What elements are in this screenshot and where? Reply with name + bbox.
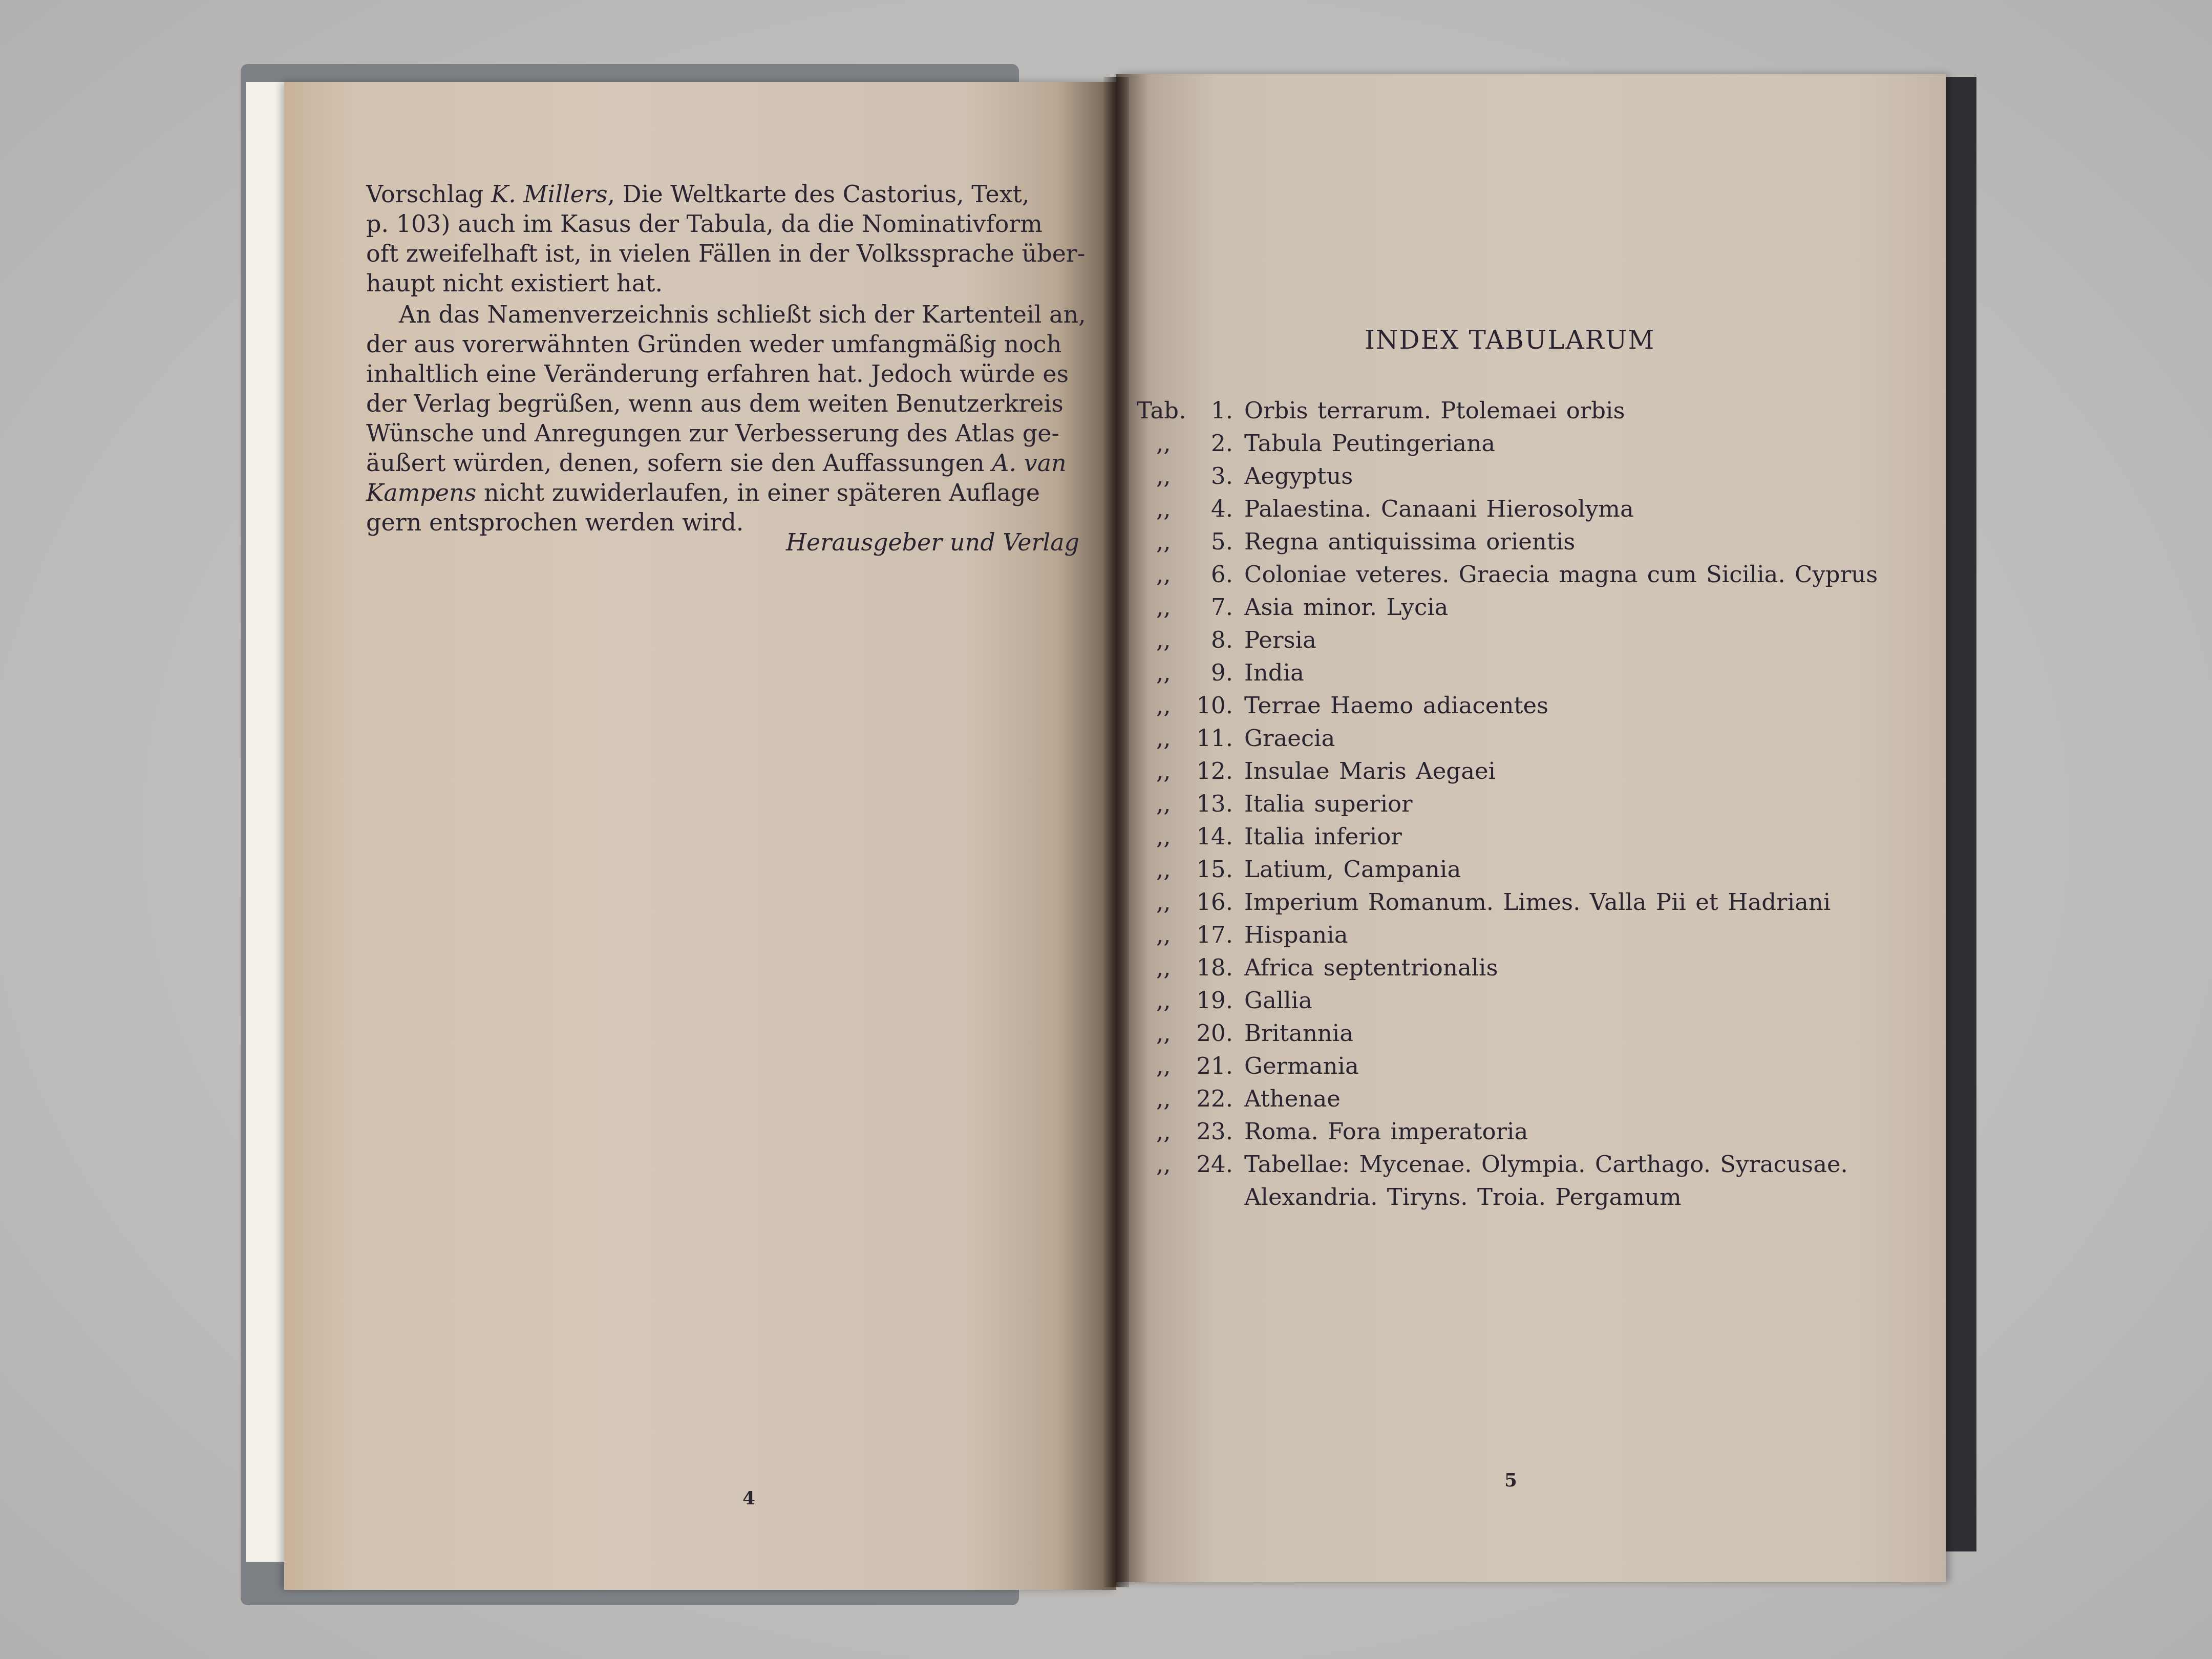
index-list: Tab.1.Orbis terrarum. Ptolemaei orbis,,2… <box>1137 394 1936 1214</box>
entry-number: 7. <box>1188 591 1244 624</box>
right-page: INDEX TABULARUM Tab.1.Orbis terrarum. Pt… <box>1116 74 1946 1582</box>
index-entry: ,,17.Hispania <box>1137 919 1936 951</box>
entry-prefix: ,, <box>1137 788 1188 820</box>
entry-title: Latium, Campania <box>1244 853 1936 886</box>
entry-prefix: ,, <box>1137 1050 1188 1082</box>
index-entry: ,,14.Italia inferior <box>1137 820 1936 853</box>
entry-prefix: ,, <box>1137 886 1188 919</box>
text-line: Vorschlag K. Millers, Die Weltkarte des … <box>366 179 1114 209</box>
index-entry: ,,23.Roma. Fora imperatoria <box>1137 1115 1936 1148</box>
entry-title: Coloniae veteres. Graecia magna cum Sici… <box>1244 558 1936 591</box>
index-entry: ,,12.Insulae Maris Aegaei <box>1137 755 1936 788</box>
entry-prefix: ,, <box>1137 656 1188 689</box>
text-line: Wünsche und Anregungen zur Verbesserung … <box>366 418 1114 448</box>
index-entry: ,,24.Tabellae: Mycenae. Olympia. Carthag… <box>1137 1148 1936 1214</box>
entry-title: India <box>1244 656 1936 689</box>
index-entry: ,,8.Persia <box>1137 624 1936 656</box>
entry-prefix: ,, <box>1137 1017 1188 1050</box>
index-entry: ,,4.Palaestina. Canaani Hierosolyma <box>1137 493 1936 525</box>
entry-number: 19. <box>1188 984 1244 1017</box>
index-entry: Tab.1.Orbis terrarum. Ptolemaei orbis <box>1137 394 1936 427</box>
left-page: Vorschlag K. Millers, Die Weltkarte des … <box>284 82 1116 1590</box>
book-gutter <box>1103 77 1129 1587</box>
entry-number: 5. <box>1188 525 1244 558</box>
index-entry: ,,22.Athenae <box>1137 1082 1936 1115</box>
entry-prefix: ,, <box>1137 755 1188 788</box>
index-entry: ,,2.Tabula Peutingeriana <box>1137 427 1936 460</box>
entry-prefix: ,, <box>1137 919 1188 951</box>
entry-prefix: ,, <box>1137 1115 1188 1148</box>
text-line: der aus vorerwähnten Gründen weder umfan… <box>366 329 1114 359</box>
entry-number: 16. <box>1188 886 1244 919</box>
entry-title: Graecia <box>1244 722 1936 755</box>
text-line: Kampens nicht zuwiderlaufen, in einer sp… <box>366 478 1114 507</box>
entry-prefix: ,, <box>1137 525 1188 558</box>
entry-number: 23. <box>1188 1115 1244 1148</box>
index-entry: ,,18.Africa septentrionalis <box>1137 951 1936 984</box>
index-entry: ,,15.Latium, Campania <box>1137 853 1936 886</box>
entry-prefix: ,, <box>1137 722 1188 755</box>
entry-title: Asia minor. Lycia <box>1244 591 1936 624</box>
entry-number: 3. <box>1188 460 1244 493</box>
index-entry: ,,9.India <box>1137 656 1936 689</box>
entry-prefix: ,, <box>1137 460 1188 493</box>
entry-title: Germania <box>1244 1050 1936 1082</box>
text-line: An das Namenverzeichnis schließt sich de… <box>366 300 1114 329</box>
entry-title: Persia <box>1244 624 1936 656</box>
index-entry: ,,10.Terrae Haemo adiacentes <box>1137 689 1936 722</box>
index-entry: ,,20.Britannia <box>1137 1017 1936 1050</box>
entry-prefix: Tab. <box>1137 394 1188 427</box>
index-title: INDEX TABULARUM <box>1365 325 1655 355</box>
entry-prefix: ,, <box>1137 493 1188 525</box>
paragraph-2: An das Namenverzeichnis schließt sich de… <box>366 300 1114 537</box>
entry-prefix: ,, <box>1137 984 1188 1017</box>
entry-number: 24. <box>1188 1148 1244 1181</box>
entry-title: Italia superior <box>1244 788 1936 820</box>
entry-number: 2. <box>1188 427 1244 460</box>
entry-number: 13. <box>1188 788 1244 820</box>
entry-title: Regna antiquissima orientis <box>1244 525 1936 558</box>
entry-number: 21. <box>1188 1050 1244 1082</box>
index-entry: ,,21.Germania <box>1137 1050 1936 1082</box>
entry-number: 4. <box>1188 493 1244 525</box>
entry-number: 1. <box>1188 394 1244 427</box>
entry-title: Africa septentrionalis <box>1244 951 1936 984</box>
entry-number: 11. <box>1188 722 1244 755</box>
entry-title: Britannia <box>1244 1017 1936 1050</box>
text-line: der Verlag begrüßen, wenn aus dem weiten… <box>366 389 1114 418</box>
entry-prefix: ,, <box>1137 427 1188 460</box>
entry-title: Tabula Peutingeriana <box>1244 427 1936 460</box>
entry-prefix: ,, <box>1137 558 1188 591</box>
entry-title: Tabellae: Mycenae. Olympia. Carthago. Sy… <box>1244 1148 1936 1214</box>
entry-title: Imperium Romanum. Limes. Valla Pii et Ha… <box>1244 886 1936 919</box>
entry-number: 12. <box>1188 755 1244 788</box>
index-entry: ,,13.Italia superior <box>1137 788 1936 820</box>
entry-number: 14. <box>1188 820 1244 853</box>
entry-number: 18. <box>1188 951 1244 984</box>
entry-prefix: ,, <box>1137 689 1188 722</box>
entry-title: Italia inferior <box>1244 820 1936 853</box>
index-entry: ,,19.Gallia <box>1137 984 1936 1017</box>
entry-title: Terrae Haemo adiacentes <box>1244 689 1936 722</box>
index-entry: ,,11.Graecia <box>1137 722 1936 755</box>
page-number: 4 <box>742 1487 755 1509</box>
entry-prefix: ,, <box>1137 820 1188 853</box>
entry-number: 6. <box>1188 558 1244 591</box>
entry-title: Athenae <box>1244 1082 1936 1115</box>
index-entry: ,,16.Imperium Romanum. Limes. Valla Pii … <box>1137 886 1936 919</box>
entry-title: Roma. Fora imperatoria <box>1244 1115 1936 1148</box>
entry-number: 22. <box>1188 1082 1244 1115</box>
entry-prefix: ,, <box>1137 951 1188 984</box>
text-line: äußert würden, denen, sofern sie den Auf… <box>366 448 1114 478</box>
entry-title: Gallia <box>1244 984 1936 1017</box>
entry-title: Orbis terrarum. Ptolemaei orbis <box>1244 394 1936 427</box>
entry-number: 20. <box>1188 1017 1244 1050</box>
entry-title: Hispania <box>1244 919 1936 951</box>
entry-prefix: ,, <box>1137 1082 1188 1115</box>
entry-number: 10. <box>1188 689 1244 722</box>
page-number: 5 <box>1504 1470 1517 1491</box>
signature: Herausgeber und Verlag <box>786 528 1079 556</box>
text-line: haupt nicht existiert hat. <box>366 268 1114 298</box>
entry-prefix: ,, <box>1137 1148 1188 1181</box>
index-entry: ,,3.Aegyptus <box>1137 460 1936 493</box>
entry-number: 17. <box>1188 919 1244 951</box>
entry-title: Aegyptus <box>1244 460 1936 493</box>
index-entry: ,,6.Coloniae veteres. Graecia magna cum … <box>1137 558 1936 591</box>
entry-number: 9. <box>1188 656 1244 689</box>
entry-number: 8. <box>1188 624 1244 656</box>
entry-prefix: ,, <box>1137 591 1188 624</box>
entry-prefix: ,, <box>1137 624 1188 656</box>
text-line: inhaltlich eine Veränderung erfahren hat… <box>366 359 1114 389</box>
text-line: p. 103) auch im Kasus der Tabula, da die… <box>366 209 1114 239</box>
index-entry: ,,5.Regna antiquissima orientis <box>1137 525 1936 558</box>
entry-title: Palaestina. Canaani Hierosolyma <box>1244 493 1936 525</box>
entry-prefix: ,, <box>1137 853 1188 886</box>
entry-title: Insulae Maris Aegaei <box>1244 755 1936 788</box>
text-line: oft zweifelhaft ist, in vielen Fällen in… <box>366 239 1114 268</box>
index-entry: ,,7.Asia minor. Lycia <box>1137 591 1936 624</box>
paragraph-1: Vorschlag K. Millers, Die Weltkarte des … <box>366 179 1114 298</box>
entry-number: 15. <box>1188 853 1244 886</box>
